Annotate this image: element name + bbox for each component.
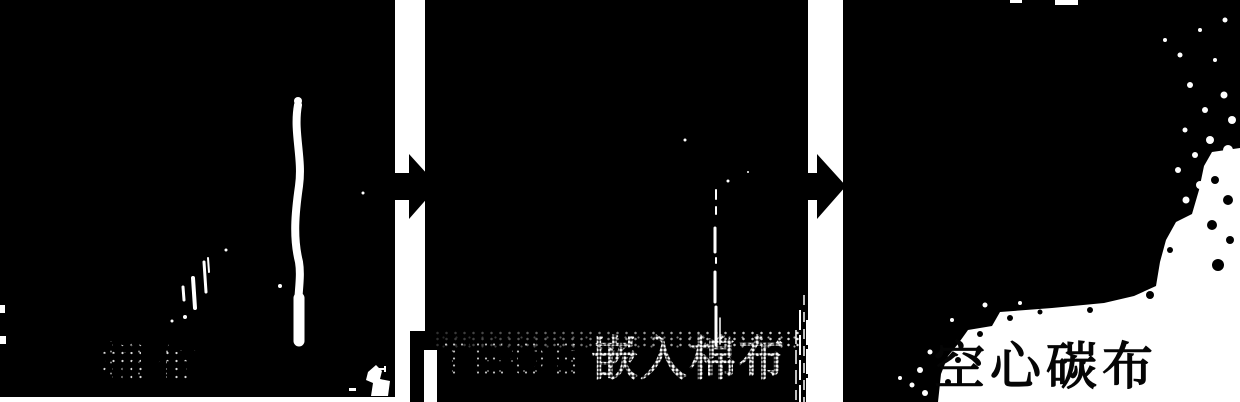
panel2-caption: TEOS嵌入棉布: [441, 335, 787, 382]
process-flow-figure: 棉布 TEOS嵌入棉布 空心碳布: [0, 0, 1240, 402]
panel1-caption: 棉布: [100, 341, 204, 386]
panel2-caption-prefix: TEOS: [441, 332, 585, 385]
gap1-dark-bar: [410, 331, 425, 402]
panel3-caption: 空心碳布: [934, 341, 1158, 392]
panel2-caption-text: 嵌入棉布: [591, 332, 787, 385]
